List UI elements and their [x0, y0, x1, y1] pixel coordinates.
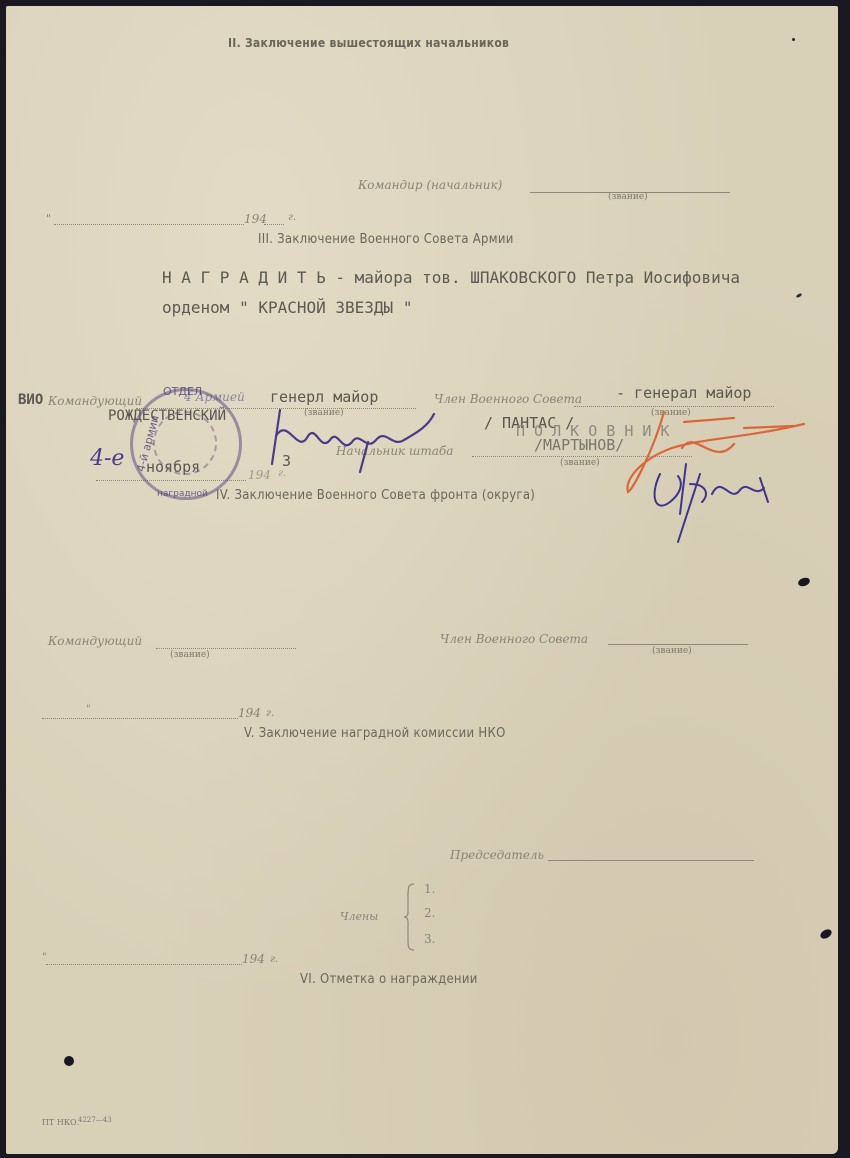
- council-member-line: [574, 406, 774, 407]
- section-2-rank-caption: (звание): [608, 192, 648, 202]
- section-2-date-line: [54, 224, 244, 225]
- section-3-title: III. Заключение Военного Совета Армии: [258, 232, 514, 247]
- section-2-year-line: [264, 224, 284, 225]
- members-bracket: [404, 882, 416, 952]
- acting-prefix: ВИО: [18, 392, 43, 408]
- award-document-page: II. Заключение вышестоящих начальников К…: [6, 6, 838, 1154]
- paper-speck: [796, 293, 803, 299]
- council-member-label: Член Военного Совета: [434, 392, 582, 406]
- chairman-label: Председатель: [450, 848, 544, 862]
- army-commander-label: Командующий: [48, 394, 142, 408]
- print-mark: ПТ НКО.: [42, 1118, 79, 1127]
- chief-of-staff-signature: [650, 454, 780, 544]
- section-5-date-quote: ": [42, 952, 47, 963]
- member-1: 1.: [424, 882, 435, 896]
- section-2-title: II. Заключение вышестоящих начальников: [228, 36, 509, 50]
- official-stamp: ОТДЕЛ 4-й армии наградной: [130, 388, 242, 500]
- section-4-title: IV. Заключение Военного Совета фронта (о…: [216, 488, 535, 503]
- section-5-date-suffix: г.: [270, 954, 278, 965]
- section-2-date-suffix: г.: [288, 212, 296, 223]
- section-2-commander-label: Командир (начальник): [358, 178, 502, 192]
- punch-hole-lower: [819, 928, 833, 941]
- chief-of-staff-name: /МАРТЫНОВ/: [534, 436, 624, 454]
- council-member-rank: - генерал майор: [616, 384, 751, 402]
- ink-blot: [64, 1056, 74, 1066]
- stamp-text-top: ОТДЕЛ: [163, 385, 202, 398]
- section-4-date-suffix: г.: [266, 708, 274, 719]
- front-commander-rank-caption: (звание): [170, 650, 210, 660]
- section-5-date-year: 194: [242, 952, 265, 966]
- stamp-text-bottom: наградной: [157, 489, 208, 499]
- chief-of-staff-rank-caption: (звание): [560, 458, 600, 468]
- section-5-date-line: [46, 964, 242, 965]
- section-2-date-quote: ": [46, 212, 51, 225]
- army-commander-rank: генерл майор: [270, 388, 378, 406]
- front-commander-line: [156, 648, 296, 649]
- date-day-handwritten: 4-е: [90, 446, 124, 471]
- section-5-title: V. Заключение наградной комиссии НКО: [244, 726, 506, 741]
- award-decision-line-1: Н А Г Р А Д И Т Ь - майора тов. ШПАКОВСК…: [162, 268, 740, 287]
- front-council-label: Член Военного Совета: [440, 632, 588, 646]
- print-number: 4227—43: [78, 1116, 112, 1124]
- paper-speck: [792, 38, 795, 41]
- section-6-title: VI. Отметка о награждении: [300, 972, 478, 987]
- award-decision-line-2: орденом " КРАСНОЙ ЗВЕЗДЫ ": [162, 298, 412, 317]
- front-commander-label: Командующий: [48, 634, 142, 648]
- chairman-line: [548, 860, 754, 861]
- front-council-line: [608, 644, 748, 645]
- punch-hole-upper: [797, 576, 811, 588]
- members-label: Члены: [340, 910, 378, 923]
- member-2: 2.: [424, 906, 435, 920]
- section-4-date-line: [42, 718, 238, 719]
- army-commander-signature: [268, 406, 448, 476]
- stamp-emblem: [153, 411, 217, 475]
- member-3: 3.: [424, 932, 435, 946]
- section-4-date-year: 194: [238, 706, 261, 720]
- section-4-date-quote: ": [86, 704, 91, 715]
- front-council-rank-caption: (звание): [652, 646, 692, 656]
